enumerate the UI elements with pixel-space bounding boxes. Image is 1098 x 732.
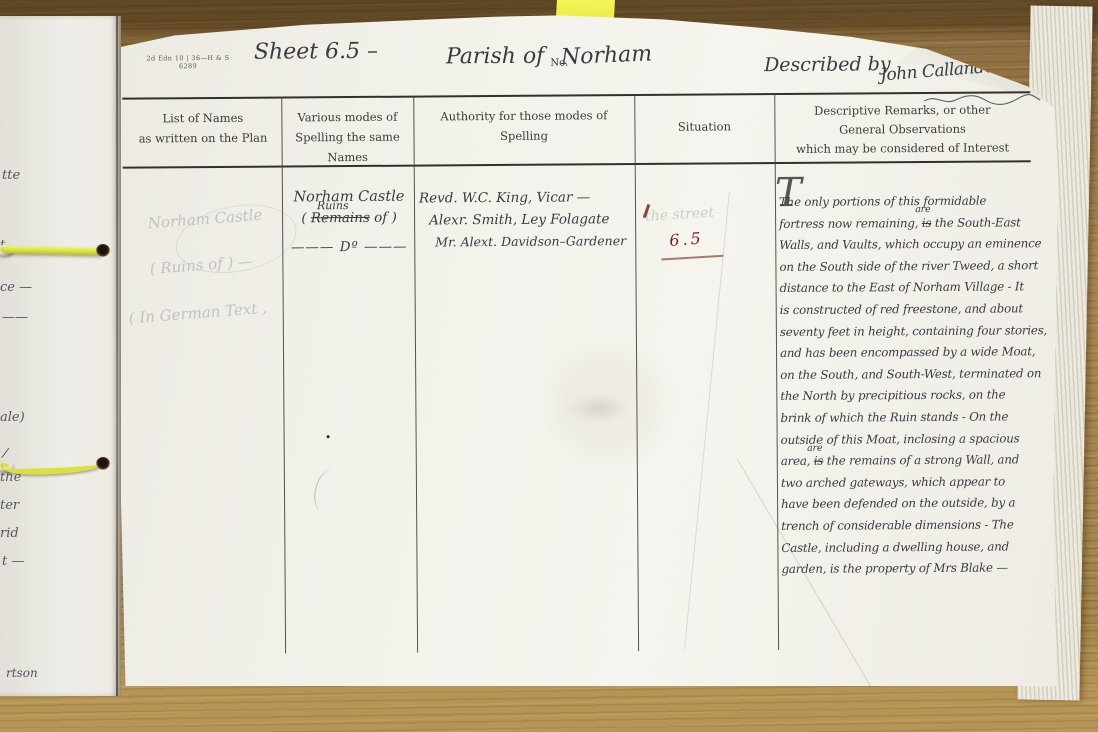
column-header-authority: Authority for those modes of Spelling — [415, 105, 632, 147]
binding-string-bottom — [0, 454, 120, 484]
paper-crease-vertical — [684, 192, 730, 650]
remarks-line: on the South, and South-West, terminated… — [780, 363, 1042, 386]
remarks-line: seventy feet in height, containing four … — [780, 320, 1042, 343]
spelling-ditto: ——— Dº ——— — [287, 239, 411, 256]
previous-page-edge: ttet .ce ———ale)/theterridt —rtson — [0, 16, 121, 696]
handwriting-fragment: rid — [0, 526, 19, 541]
grey-smudge — [566, 393, 630, 423]
page-content: 2d Edn 10 | 36—H & S 6289 Sheet 6.5 – Pa… — [116, 8, 1061, 687]
punch-hole — [96, 457, 110, 470]
spelling-line2: ( Remains Ruins of ) — [287, 210, 411, 227]
spelling-open-paren: ( — [301, 210, 306, 226]
handwriting-fragment: ce — — [0, 280, 32, 295]
remarks-line: distance to the East of Norham Village -… — [780, 277, 1042, 300]
remarks-line: brink of which the Ruin stands - On the — [780, 406, 1042, 429]
handwriting-fragment: —— — [2, 310, 28, 325]
stamp-line2: 6289 — [132, 62, 244, 71]
handwriting-fragment: ter — [0, 498, 19, 513]
remarks-line: The only portions of this formidable — [779, 190, 1041, 213]
column-header-remarks: Descriptive Remarks, or other General Ob… — [776, 100, 1028, 159]
column-divider-1 — [281, 97, 286, 654]
spelling-inserted-word: Ruins — [317, 199, 349, 212]
table-top-rule — [122, 91, 1030, 99]
ink-speck — [327, 435, 330, 438]
sheet-number: Sheet 6.5 – — [254, 39, 378, 65]
remarks-line: area, isare the remains of a strong Wall… — [781, 449, 1043, 472]
handwriting-fragment: ale) — [0, 410, 25, 425]
remarks-line: is constructed of red freestone, and abo… — [780, 298, 1042, 321]
column-divider-3 — [634, 94, 639, 651]
remarks-line: the North by precipitious rocks, on the — [780, 385, 1042, 408]
header-line: which may be considered of Interest — [777, 138, 1029, 159]
remarks-line: Walls, and Vaults, which occupy an emine… — [779, 233, 1041, 256]
header-line: as written on the Plan — [124, 128, 281, 149]
punch-hole — [96, 244, 110, 257]
described-by-label: Described by — [764, 53, 891, 76]
remarks-line: on the South side of the river Tweed, a … — [779, 255, 1041, 278]
column-divider-2 — [413, 96, 418, 653]
authority-line2: Alexr. Smith, Ley Folagate — [429, 211, 610, 228]
remarks-line: have been defended on the outside, by a — [781, 493, 1043, 516]
header-line: Spelling the same Names — [283, 127, 411, 168]
handwriting-fragment: tte — [2, 168, 20, 183]
string-cord — [3, 456, 103, 475]
situation-underline — [661, 255, 723, 260]
header-line: Various modes of — [283, 107, 411, 128]
printers-stamp: 2d Edn 10 | 36—H & S 6289 — [132, 54, 244, 71]
table-header-rule — [123, 160, 1031, 168]
binding-string-top — [0, 238, 120, 266]
header-line: Authority for those modes of — [415, 105, 632, 127]
remarks-lines: The only portions of this formidablefort… — [779, 190, 1044, 581]
column-header-names: List of Names as written on the Plan — [124, 108, 281, 149]
spelling-close: of ) — [374, 210, 397, 226]
pencil-arc-mark — [310, 467, 346, 516]
remarks-line: and has been encompassed by a wide Moat, — [780, 341, 1042, 364]
handwriting-fragment: t — — [2, 554, 24, 569]
column-header-situation: Situation — [636, 104, 772, 137]
remarks-line: Castle, including a dwelling house, and — [781, 536, 1043, 559]
name-book-page: 2d Edn 10 | 36—H & S 6289 Sheet 6.5 – Pa… — [118, 14, 1058, 686]
parish-label: Parish of — [446, 44, 545, 70]
header-line: Spelling — [415, 125, 632, 147]
column-header-spelling-modes: Various modes of Spelling the same Names — [283, 107, 411, 168]
remarks-line: two arched gateways, which appear to — [781, 471, 1043, 494]
handwriting-fragment: rtson — [6, 666, 38, 680]
header-line: Descriptive Remarks, or other — [776, 100, 1028, 121]
situation-pencil-note: the street — [645, 205, 715, 225]
header-line: General Observations — [776, 119, 1028, 140]
spelling-struck-word: Remains — [311, 210, 370, 226]
remarks-line: trench of considerable dimensions - The — [781, 514, 1043, 537]
remarks-line: garden, is the property of Mrs Blake — — [781, 557, 1043, 580]
parish-heading: Parish of No. Norham — [446, 43, 652, 69]
header-line: List of Names — [124, 108, 281, 129]
authority-line1: Revd. W.C. King, Vicar — — [419, 189, 590, 206]
situation-sheet-reference: 6.5 — [669, 228, 705, 250]
authority-line3: Mr. Alext. Davidson–Gardener — [435, 233, 626, 249]
header-line: Situation — [636, 116, 772, 137]
string-cord — [3, 246, 103, 255]
name-plan-line3: ( In German Text , — [117, 298, 278, 328]
remarks-line: fortress now remaining, isare the South-… — [779, 212, 1041, 235]
parish-name: Norham — [561, 41, 653, 70]
